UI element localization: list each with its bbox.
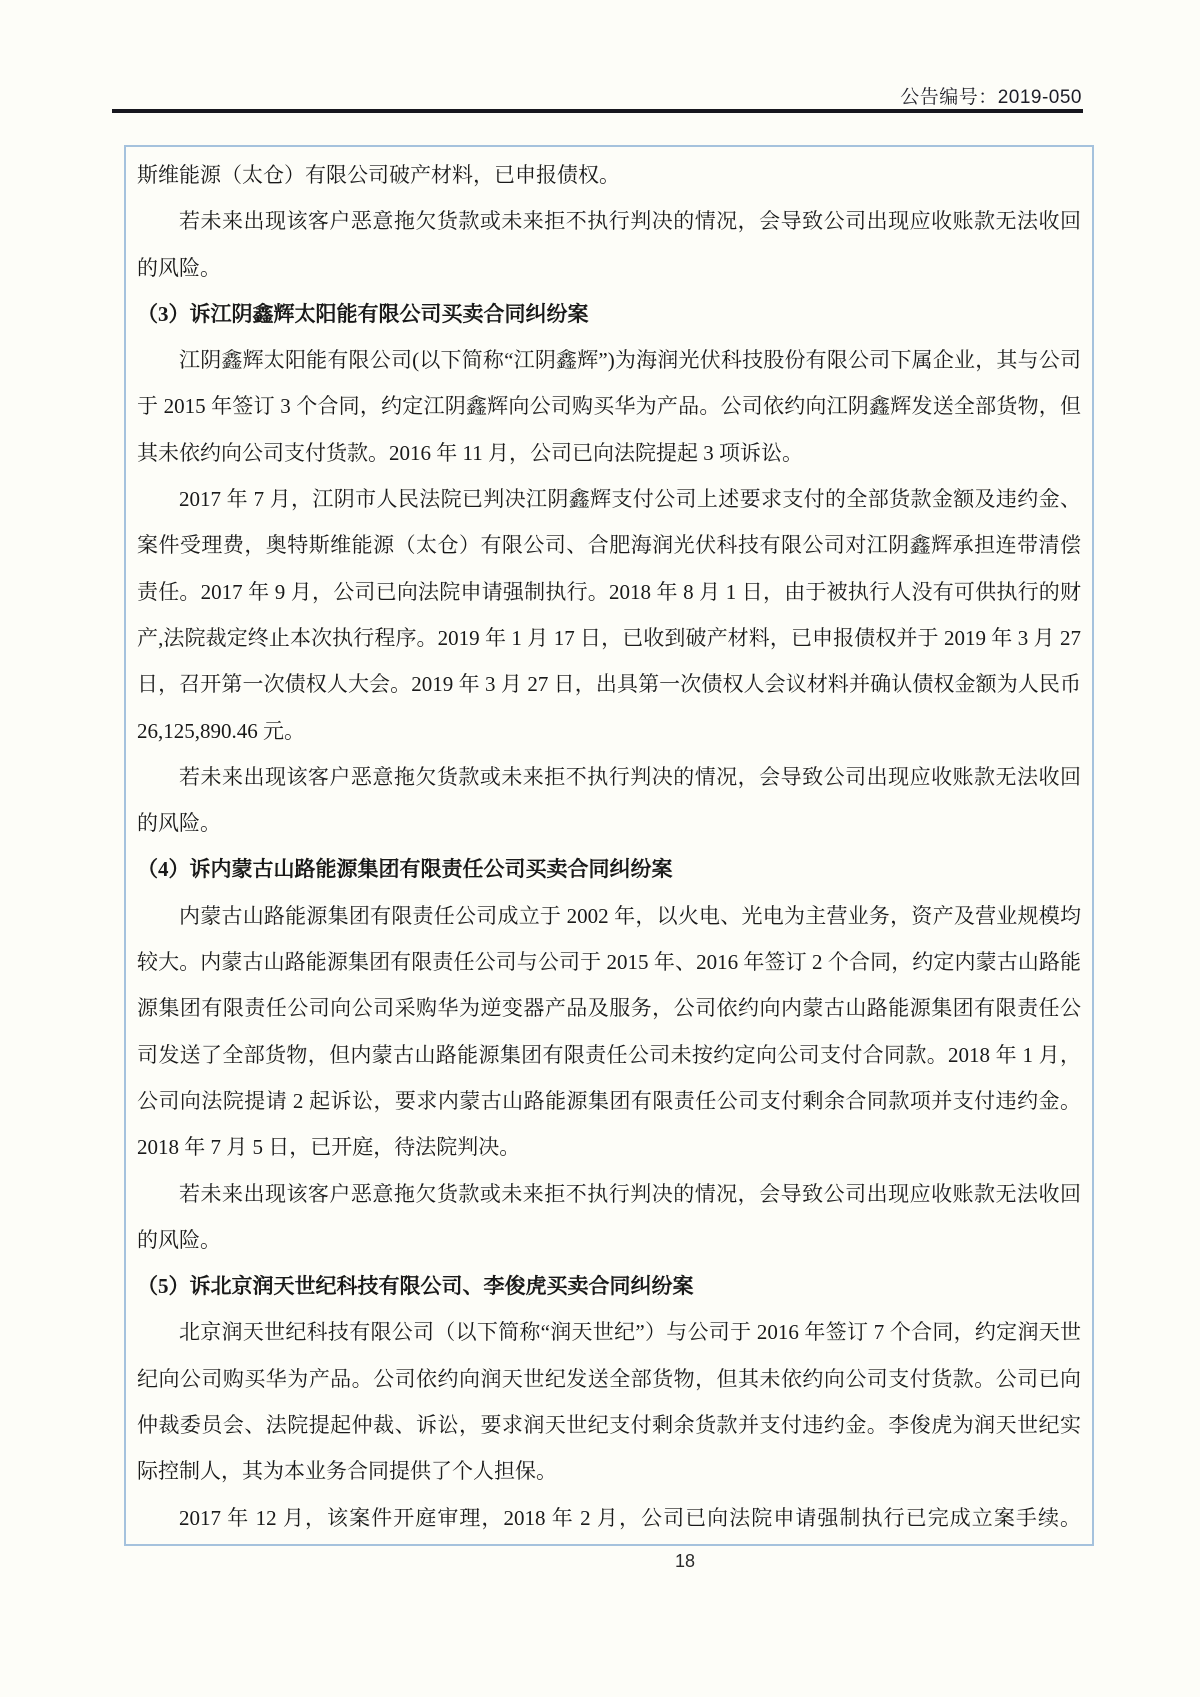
paragraph: 若未来出现该客户恶意拖欠货款或未来拒不执行判决的情况，会导致公司出现应收账款无法… (137, 1171, 1081, 1264)
paragraph: 内蒙古山路能源集团有限责任公司成立于 2002 年，以火电、光电为主营业务，资产… (137, 893, 1081, 1171)
section-heading: （5）诉北京润天世纪科技有限公司、李俊虎买卖合同纠纷案 (137, 1263, 1081, 1309)
paragraph: 江阴鑫辉太阳能有限公司(以下简称“江阴鑫辉”)为海润光伏科技股份有限公司下属企业… (137, 337, 1081, 476)
content-box: 斯维能源（太仓）有限公司破产材料，已申报债权。若未来出现该客户恶意拖欠货款或未来… (124, 145, 1094, 1546)
section-heading: （4）诉内蒙古山路能源集团有限责任公司买卖合同纠纷案 (137, 846, 1081, 892)
paragraph: 北京润天世纪科技有限公司（以下简称“润天世纪”）与公司于 2016 年签订 7 … (137, 1309, 1081, 1494)
paragraph: 2017 年 12 月，该案件开庭审理，2018 年 2 月，公司已向法院申请强… (137, 1495, 1081, 1546)
page-number: 18 (645, 1551, 725, 1572)
doc-number: 公告编号：2019-050 (900, 82, 1082, 109)
header-rule (112, 109, 1083, 113)
document-page: 公告编号：2019-050 斯维能源（太仓）有限公司破产材料，已申报债权。若未来… (0, 0, 1200, 1697)
paragraph: 若未来出现该客户恶意拖欠货款或未来拒不执行判决的情况，会导致公司出现应收账款无法… (137, 754, 1081, 847)
paragraph: 2017 年 7 月，江阴市人民法院已判决江阴鑫辉支付公司上述要求支付的全部货款… (137, 476, 1081, 754)
section-heading: （3）诉江阴鑫辉太阳能有限公司买卖合同纠纷案 (137, 291, 1081, 337)
paragraph: 斯维能源（太仓）有限公司破产材料，已申报债权。 (137, 152, 1081, 198)
paragraph: 若未来出现该客户恶意拖欠货款或未来拒不执行判决的情况，会导致公司出现应收账款无法… (137, 198, 1081, 291)
